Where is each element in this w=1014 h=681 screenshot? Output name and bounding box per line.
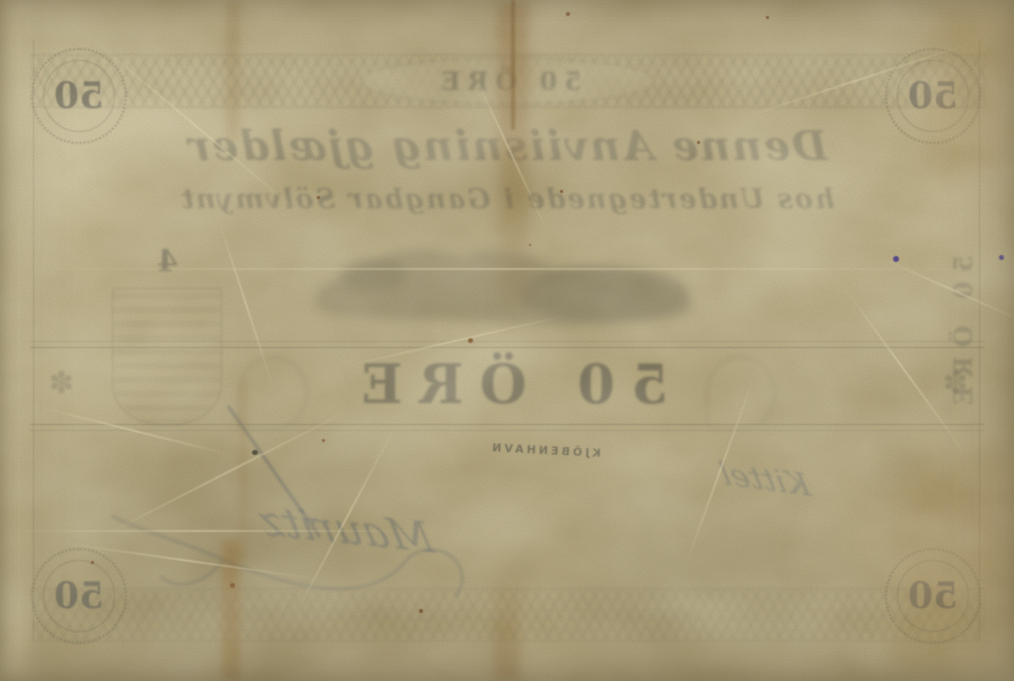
rust-speck: [529, 244, 531, 246]
shield-mark: 4: [157, 244, 178, 279]
top-value-cartouche: 50 ÖRE: [361, 58, 655, 104]
banknote-photo: 50 ÖRE 50 50 50 50 Denne Anviisning gjæl…: [0, 0, 1014, 681]
rosette-ornament-icon: ✽: [49, 366, 74, 401]
shield-crest: [112, 288, 222, 426]
scroll-ornament: [706, 356, 776, 430]
printer-caption: KJÖBENHAVN: [445, 439, 645, 462]
rust-speck: [766, 16, 769, 19]
corner-value: 50: [908, 575, 958, 617]
rust-speck: [697, 141, 700, 144]
corner-value: 50: [908, 75, 958, 117]
reclining-animal-vignette: [284, 222, 734, 337]
signature-flourish: [94, 488, 474, 618]
signature-2: Kittel: [716, 456, 814, 504]
rust-speck: [230, 583, 235, 588]
scroll-ornament: [238, 356, 308, 430]
horizontal-crease: [0, 268, 1014, 270]
purple-ink-dot: [999, 255, 1004, 260]
ink-blotch: [252, 450, 258, 455]
front-bleedthrough-layer: 50 ÖRE 50 50 50 50 Denne Anviisning gjæl…: [0, 0, 1014, 681]
top-garland-border: 50 ÖRE: [30, 54, 986, 108]
rust-speck: [91, 561, 94, 564]
corner-medallion-bottom-left: 50: [885, 548, 981, 644]
rust-speck: [317, 196, 320, 199]
script-text-line-2: hos Undertegnede i Gangbar Sölvmynt: [0, 184, 1014, 215]
purple-ink-dot: [893, 256, 899, 262]
rust-speck: [419, 609, 423, 613]
horizontal-crease: [0, 530, 420, 532]
rust-speck: [566, 12, 570, 16]
rust-speck: [560, 190, 563, 193]
rust-speck: [322, 439, 325, 442]
vertical-side-value: 50 ÖRE: [949, 255, 978, 414]
value-band-rule: [30, 430, 984, 431]
corner-value: 50: [54, 75, 104, 117]
